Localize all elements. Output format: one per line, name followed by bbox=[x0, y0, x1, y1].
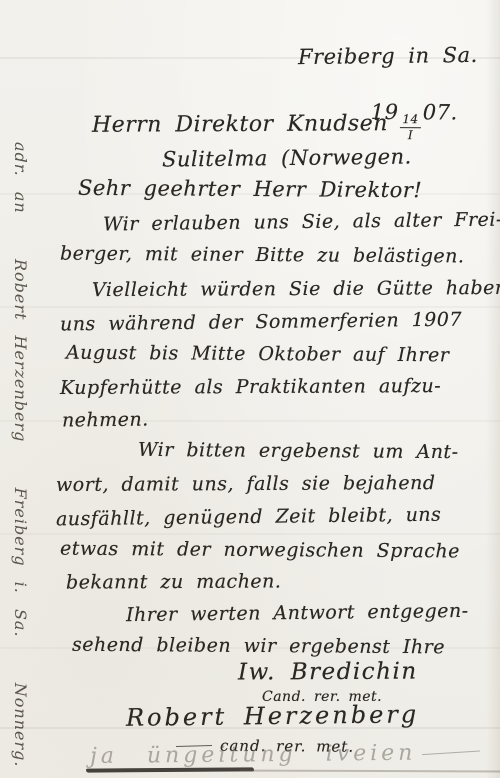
left-margin-sender-note: adr. an Robert Herzenberg Freiberg i. Sa… bbox=[11, 142, 30, 778]
date-day: 14 bbox=[400, 113, 420, 128]
paper-edge-shadow bbox=[486, 0, 500, 778]
pencil-annotation: ja üngeitung iveien bbox=[90, 740, 481, 769]
body-line: Vielleicht würden Sie die Gütte haben- bbox=[92, 277, 500, 301]
body-line: wort, damit uns, falls sie bejahend bbox=[56, 472, 436, 496]
date-month-roman: I bbox=[408, 128, 413, 142]
paper-crease bbox=[0, 533, 500, 535]
body-line: Wir bitten ergebenst um Ant- bbox=[138, 439, 459, 463]
body-line: etwas mit der norwegischen Sprache bbox=[60, 538, 460, 563]
body-line: Wir erlauben uns Sie, als alter Frei- bbox=[103, 209, 500, 236]
closing-line: sehend bleiben wir ergebenst Ihre bbox=[72, 634, 445, 659]
body-line: ausfähllt, genügend Zeit bleibt, uns bbox=[56, 504, 442, 531]
place-line: Freiberg in Sa. bbox=[298, 43, 478, 69]
body-line: August bis Mitte Oktober auf Ihrer bbox=[66, 342, 450, 367]
scan-bottom-edge-light bbox=[240, 770, 500, 773]
body-line: Kupferhütte als Praktikanten aufzu- bbox=[60, 375, 441, 399]
recipient-address-line: Sulitelma (Norwegen. bbox=[162, 144, 412, 171]
salutation-line: Sehr geehrter Herr Direktor! bbox=[78, 176, 422, 202]
body-line: berger, mit einer Bitte zu belästigen. bbox=[60, 243, 465, 268]
date-year: 07. bbox=[423, 100, 458, 124]
letter-page: Freiberg in Sa. 1914I07. Herrn Direktor … bbox=[0, 0, 500, 778]
signature-herzenberg: Robert Herzenberg bbox=[126, 700, 419, 732]
paper-crease bbox=[0, 306, 500, 308]
date-fraction: 14I bbox=[400, 113, 420, 141]
signature-bredichin: Iw. Bredichin bbox=[238, 659, 418, 686]
recipient-name-line: Herrn Direktor Knudsen bbox=[92, 111, 388, 138]
scan-bottom-edge bbox=[86, 767, 254, 772]
body-line: bekannt zu machen. bbox=[66, 570, 282, 593]
body-line: nehmen. bbox=[62, 408, 149, 431]
closing-line: Ihrer werten Antwort entgegen- bbox=[126, 600, 469, 626]
body-line: uns während der Sommerferien 1907 bbox=[60, 309, 462, 336]
